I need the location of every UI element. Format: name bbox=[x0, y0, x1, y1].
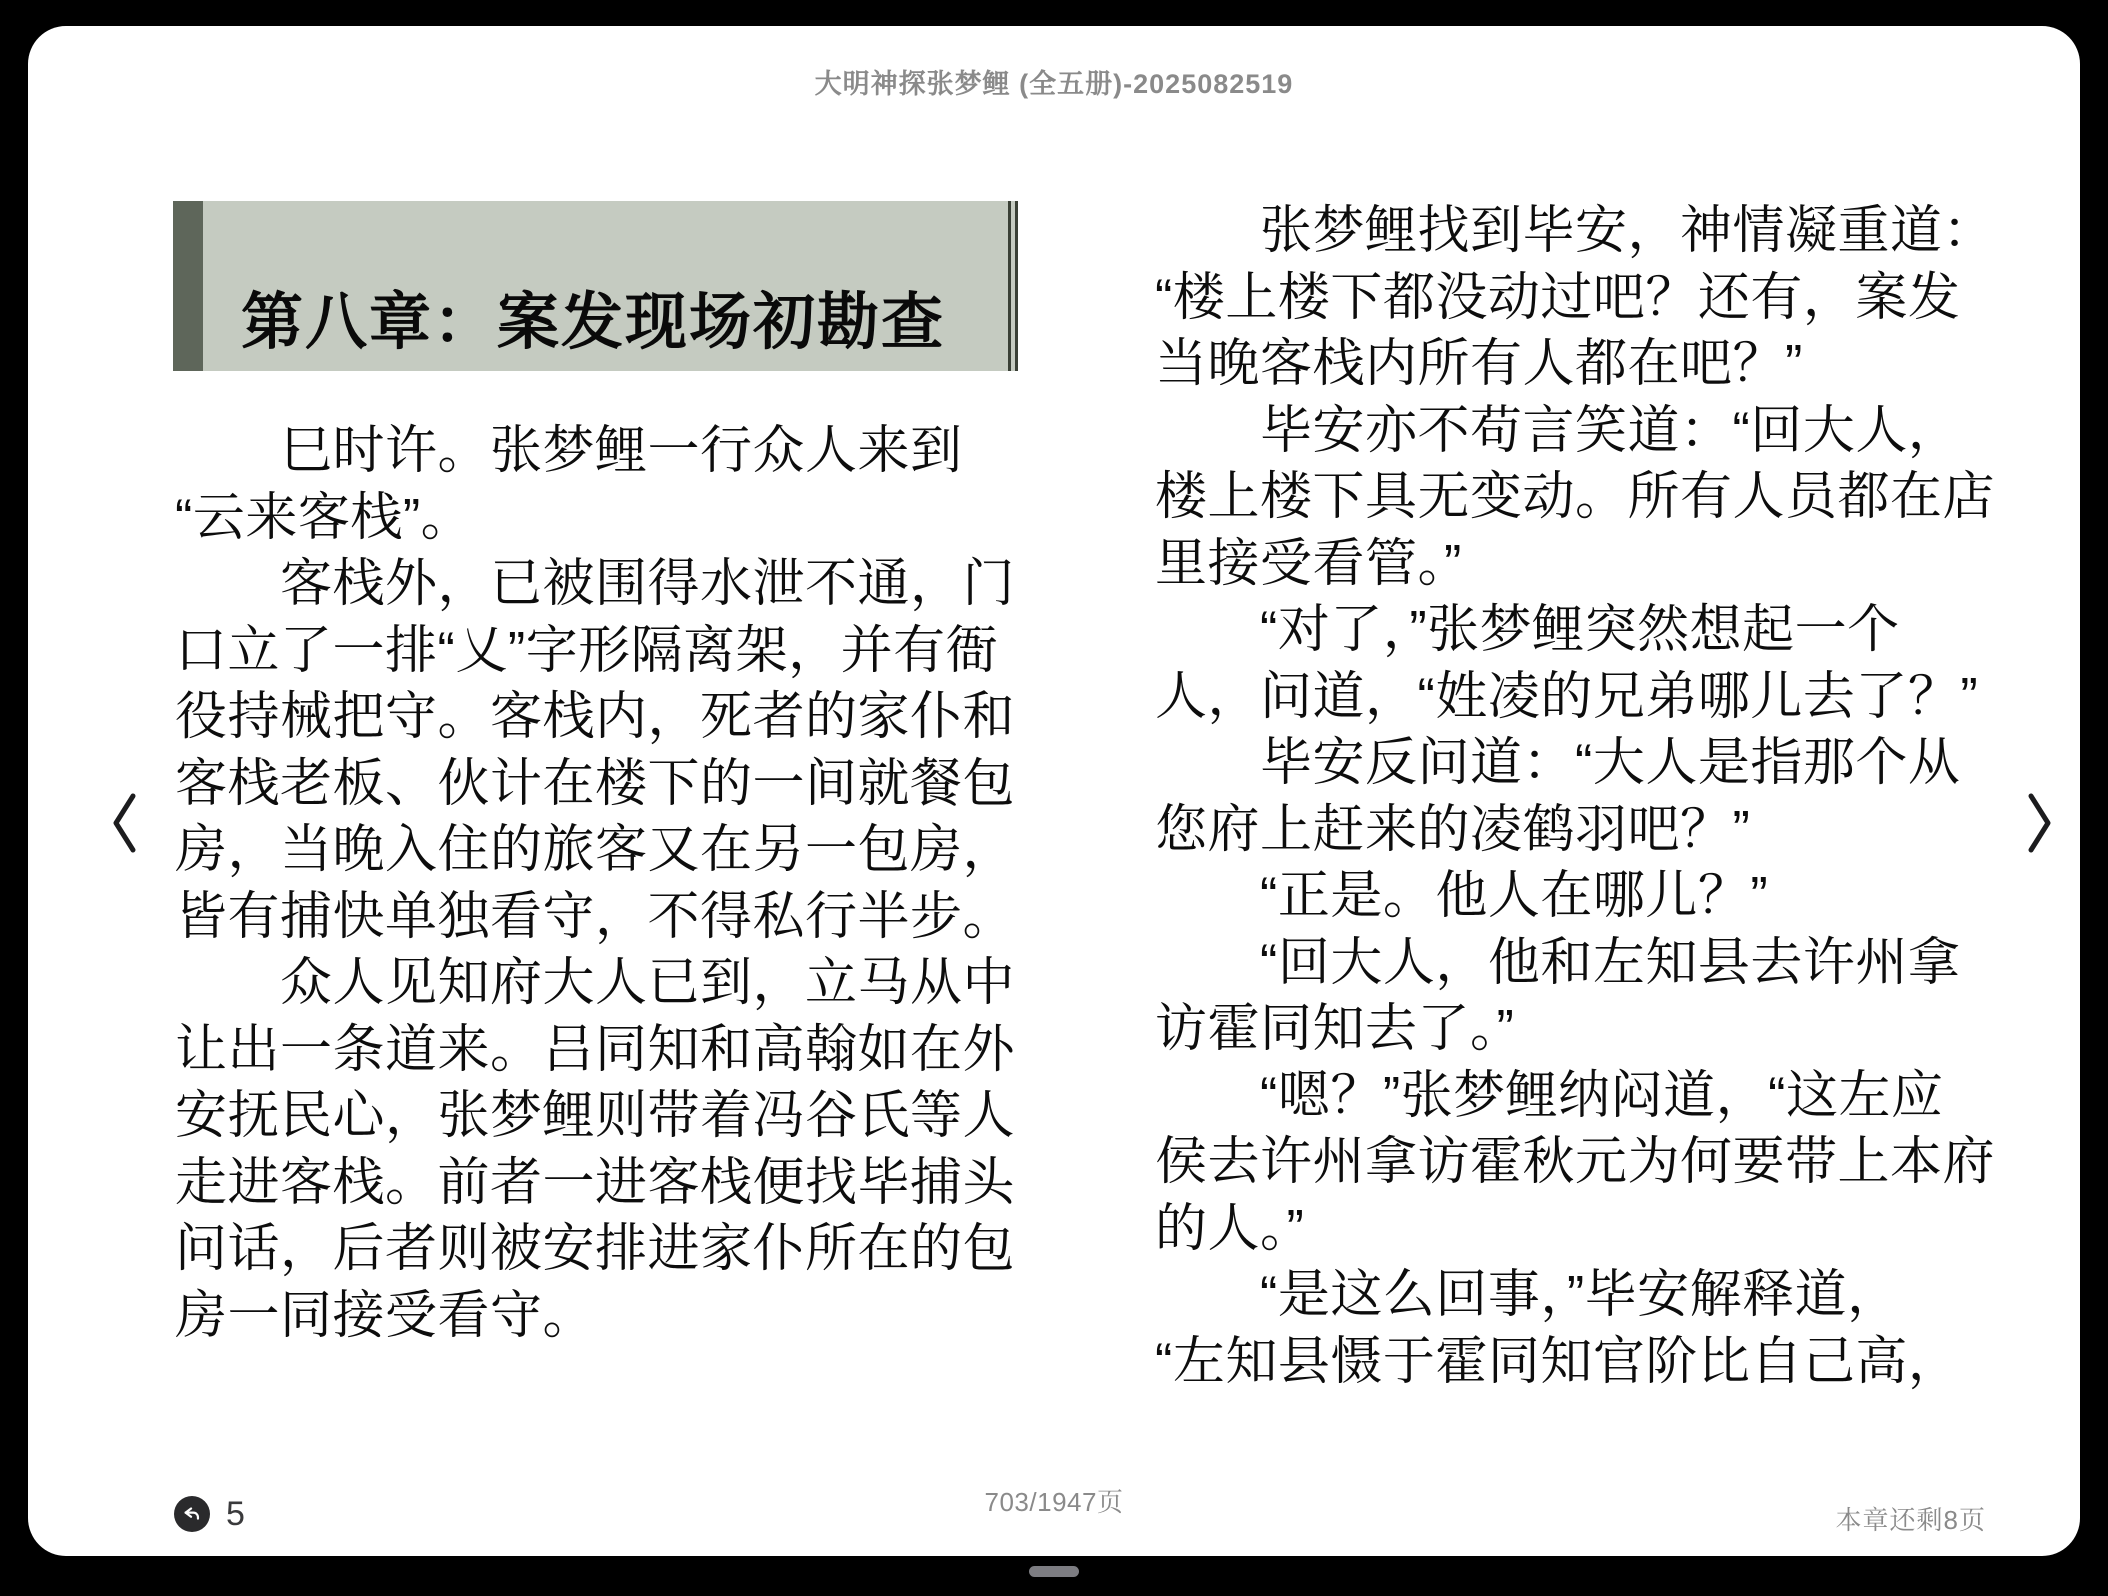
text-line: 问话，后者则被安排进家仆所在的包 bbox=[175, 1216, 1023, 1283]
text-line: “对了，”张梦鲤突然想起一个 bbox=[1155, 597, 2003, 664]
text-line: 楼上楼下具无变动。所有人员都在店 bbox=[1155, 464, 2003, 531]
text-line: “左知县慑于霍同知官阶比自己高， bbox=[1155, 1329, 2003, 1396]
chapter-heading-box: 第八章：案发现场初勘查 bbox=[173, 201, 1018, 371]
prev-page-button[interactable] bbox=[94, 773, 154, 873]
text-line: 客栈老板、伙计在楼下的一间就餐包 bbox=[175, 751, 1023, 818]
text-line: “云来客栈”。 bbox=[175, 485, 1023, 552]
book-title: 大明神探张梦鲤 (全五册)-2025082519 bbox=[28, 62, 2080, 101]
text-line: “楼上楼下都没动过吧？还有，案发 bbox=[1155, 265, 2003, 332]
chevron-right-icon bbox=[2026, 791, 2054, 855]
text-line: “回大人，他和左知县去许州拿 bbox=[1155, 930, 2003, 997]
text-line: 众人见知府大人已到，立马从中 bbox=[175, 950, 1023, 1017]
text-line: 毕安反问道：“大人是指那个从 bbox=[1155, 730, 2003, 797]
text-line: 皆有捕快单独看守，不得私行半步。 bbox=[175, 884, 1023, 951]
text-line: 安抚民心，张梦鲤则带着冯谷氏等人 bbox=[175, 1083, 1023, 1150]
text-line: 走进客栈。前者一进客栈便找毕捕头 bbox=[175, 1150, 1023, 1217]
home-indicator[interactable] bbox=[1029, 1566, 1079, 1577]
text-column-right: 张梦鲤找到毕安，神情凝重道：“楼上楼下都没动过吧？还有，案发当晚客栈内所有人都在… bbox=[1155, 198, 2003, 1395]
text-line: 役持械把守。客栈内，死者的家仆和 bbox=[175, 684, 1023, 751]
text-line: 人，问道，“姓凌的兄弟哪儿去了？” bbox=[1155, 664, 2003, 731]
text-line: “正是。他人在哪儿？” bbox=[1155, 863, 2003, 930]
text-line: 您府上赶来的凌鹤羽吧？” bbox=[1155, 797, 2003, 864]
chapter-remaining-label: 本章还剩8页 bbox=[1836, 1500, 1986, 1537]
chevron-left-icon bbox=[110, 791, 138, 855]
chapter-title: 第八章：案发现场初勘查 bbox=[241, 290, 945, 355]
page-progress-label: 703/1947页 bbox=[28, 1482, 2080, 1519]
text-line: 客栈外，已被围得水泄不通，门 bbox=[175, 551, 1023, 618]
text-line: 侯去许州拿访霍秋元为何要带上本府 bbox=[1155, 1129, 2003, 1196]
next-page-button[interactable] bbox=[2010, 773, 2070, 873]
text-column-left: 巳时许。张梦鲤一行众人来到“云来客栈”。 客栈外，已被围得水泄不通，门口立了一排… bbox=[175, 418, 1023, 1349]
text-line: “嗯？”张梦鲤纳闷道，“这左应 bbox=[1155, 1063, 2003, 1130]
text-line: 张梦鲤找到毕安，神情凝重道： bbox=[1155, 198, 2003, 265]
reader-page: 大明神探张梦鲤 (全五册)-2025082519 第八章：案发现场初勘查 巳时许… bbox=[28, 26, 2080, 1556]
text-line: 让出一条道来。吕同知和高翰如在外 bbox=[175, 1017, 1023, 1084]
text-line: 房，当晚入住的旅客又在另一包房， bbox=[175, 817, 1023, 884]
text-line: “是这么回事，”毕安解释道， bbox=[1155, 1262, 2003, 1329]
device-frame: 大明神探张梦鲤 (全五册)-2025082519 第八章：案发现场初勘查 巳时许… bbox=[0, 0, 2108, 1596]
text-line: 当晚客栈内所有人都在吧？” bbox=[1155, 331, 2003, 398]
text-line: 口立了一排“乂”字形隔离架，并有衙 bbox=[175, 618, 1023, 685]
text-line: 里接受看管。” bbox=[1155, 531, 2003, 598]
text-line: 访霍同知去了。” bbox=[1155, 996, 2003, 1063]
text-line: 的人。” bbox=[1155, 1196, 2003, 1263]
text-line: 毕安亦不苟言笑道：“回大人， bbox=[1155, 398, 2003, 465]
text-line: 巳时许。张梦鲤一行众人来到 bbox=[175, 418, 1023, 485]
text-line: 房一同接受看守。 bbox=[175, 1283, 1023, 1350]
